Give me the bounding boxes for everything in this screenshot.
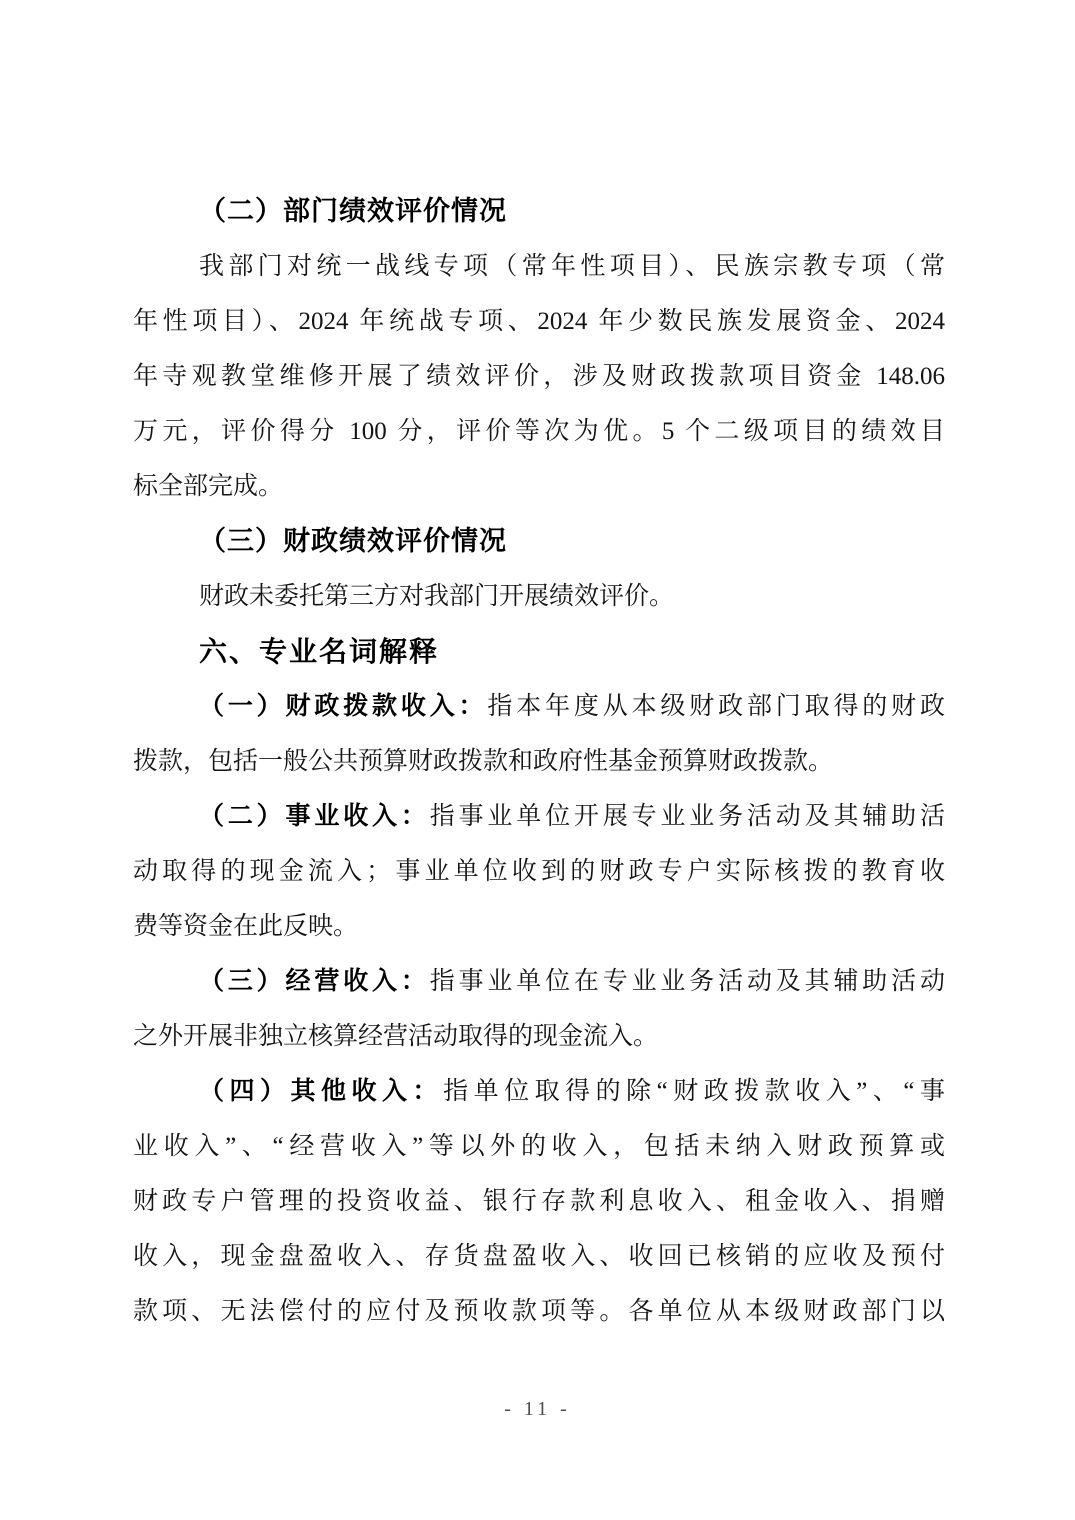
text-line: 费等资金在此反映。 (133, 899, 945, 954)
text-line: 拨款，包括一般公共预算财政拨款和政府性基金预算财政拨款。 (133, 734, 945, 789)
text-segment: 动取得的现金流入；事业单位收到的财政专户实际核拨的教育收 (133, 858, 945, 885)
text-segment: 指单位取得的除“财政拨款收入”、“事 (443, 1078, 945, 1105)
document-body: （二）部门绩效评价情况我部门对统一战线专项（常年性项目）、民族宗教专项（常年性项… (133, 184, 945, 1339)
text-line: （二）事业收入：指事业单位开展专业业务活动及其辅助活 (133, 789, 945, 844)
term-label: （三）财政绩效评价情况 (199, 526, 507, 556)
text-segment: 款项、无法偿付的应付及预收款项等。各单位从本级财政部门以 (133, 1298, 945, 1325)
term-label: （二）部门绩效评价情况 (199, 196, 507, 226)
text-line: 六、专业名词解释 (133, 624, 945, 679)
text-line: 我部门对统一战线专项（常年性项目）、民族宗教专项（常 (133, 239, 945, 294)
paragraph: （三）经营收入：指事业单位在专业业务活动及其辅助活动之外开展非独立核算经营活动取… (133, 954, 945, 1064)
text-line: 款项、无法偿付的应付及预收款项等。各单位从本级财政部门以 (133, 1284, 945, 1339)
term-label: （二）事业收入： (199, 803, 430, 830)
paragraph: （一）财政拨款收入：指本年度从本级财政部门取得的财政拨款，包括一般公共预算财政拨… (133, 679, 945, 789)
text-segment: 年寺观教堂维修开展了绩效评价，涉及财政拨款项目资金 148.06 (133, 363, 945, 390)
text-segment: 收入，现金盘盈收入、存货盘盈收入、收回已核销的应收及预付 (133, 1243, 945, 1270)
text-line: 标全部完成。 (133, 459, 945, 514)
text-segment: 之外开展非独立核算经营活动取得的现金流入。 (133, 1023, 658, 1050)
document-page: （二）部门绩效评价情况我部门对统一战线专项（常年性项目）、民族宗教专项（常年性项… (0, 0, 1075, 1520)
paragraph: （二）事业收入：指事业单位开展专业业务活动及其辅助活动取得的现金流入；事业单位收… (133, 789, 945, 954)
text-segment: 万元，评价得分 100 分，评价等次为优。5 个二级项目的绩效目 (133, 418, 945, 445)
text-segment: 业收入”、“经营收入”等以外的收入，包括未纳入财政预算或 (133, 1133, 945, 1160)
text-segment: 指事业单位在专业业务活动及其辅助活动 (430, 968, 945, 995)
text-line: 财政专户管理的投资收益、银行存款利息收入、租金收入、捐赠 (133, 1174, 945, 1229)
term-label: 六、专业名词解释 (199, 636, 439, 667)
text-line: （三）经营收入：指事业单位在专业业务活动及其辅助活动 (133, 954, 945, 1009)
text-segment: 财政专户管理的投资收益、银行存款利息收入、租金收入、捐赠 (133, 1188, 945, 1215)
chapter-heading: 六、专业名词解释 (133, 624, 945, 679)
text-line: （三）财政绩效评价情况 (133, 514, 945, 569)
paragraph: 我部门对统一战线专项（常年性项目）、民族宗教专项（常年性项目）、2024 年统战… (133, 239, 945, 514)
text-line: 之外开展非独立核算经营活动取得的现金流入。 (133, 1009, 945, 1064)
text-line: 财政未委托第三方对我部门开展绩效评价。 (133, 569, 945, 624)
text-line: 收入，现金盘盈收入、存货盘盈收入、收回已核销的应收及预付 (133, 1229, 945, 1284)
text-segment: 年性项目）、2024 年统战专项、2024 年少数民族发展资金、2024 (133, 308, 945, 335)
text-segment: 财政未委托第三方对我部门开展绩效评价。 (199, 583, 674, 610)
text-segment: 标全部完成。 (133, 473, 283, 500)
text-line: 动取得的现金流入；事业单位收到的财政专户实际核拨的教育收 (133, 844, 945, 899)
text-line: 万元，评价得分 100 分，评价等次为优。5 个二级项目的绩效目 (133, 404, 945, 459)
term-label: （一）财政拨款收入： (199, 693, 487, 720)
text-segment: 拨款，包括一般公共预算财政拨款和政府性基金预算财政拨款。 (133, 748, 833, 775)
text-line: 年寺观教堂维修开展了绩效评价，涉及财政拨款项目资金 148.06 (133, 349, 945, 404)
text-segment: 指本年度从本级财政部门取得的财政 (487, 693, 945, 720)
term-label: （三）经营收入： (199, 968, 430, 995)
page-number: - 11 - (0, 1398, 1075, 1421)
text-line: （一）财政拨款收入：指本年度从本级财政部门取得的财政 (133, 679, 945, 734)
text-line: 年性项目）、2024 年统战专项、2024 年少数民族发展资金、2024 (133, 294, 945, 349)
text-line: 业收入”、“经营收入”等以外的收入，包括未纳入财政预算或 (133, 1119, 945, 1174)
paragraph: 财政未委托第三方对我部门开展绩效评价。 (133, 569, 945, 624)
section-heading: （三）财政绩效评价情况 (133, 514, 945, 569)
text-line: （二）部门绩效评价情况 (133, 184, 945, 239)
text-segment: 指事业单位开展专业业务活动及其辅助活 (430, 803, 945, 830)
term-label: （四）其他收入： (199, 1078, 443, 1105)
text-segment: 我部门对统一战线专项（常年性项目）、民族宗教专项（常 (199, 253, 945, 280)
text-segment: 费等资金在此反映。 (133, 913, 358, 940)
paragraph: （四）其他收入：指单位取得的除“财政拨款收入”、“事业收入”、“经营收入”等以外… (133, 1064, 945, 1339)
text-line: （四）其他收入：指单位取得的除“财政拨款收入”、“事 (133, 1064, 945, 1119)
section-heading: （二）部门绩效评价情况 (133, 184, 945, 239)
